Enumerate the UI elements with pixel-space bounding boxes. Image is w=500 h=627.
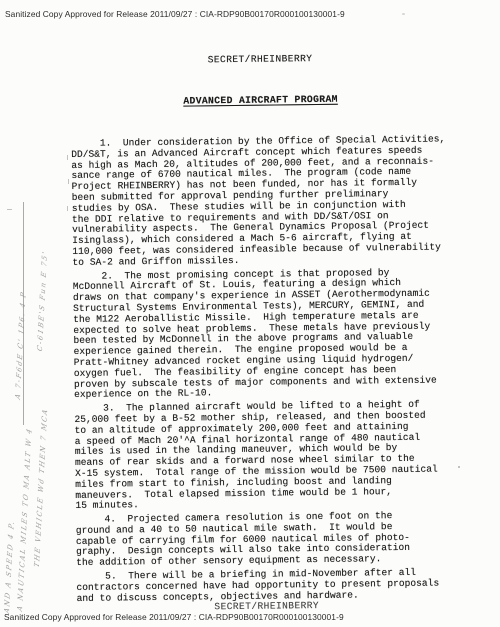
paragraph-1: 1. Under consideration by the Office of …: [71, 134, 453, 268]
classification-header: SECRET/RHEINBERRY: [70, 51, 450, 67]
scan-artifact-dash: [67, 206, 68, 211]
scan-artifact-dash: [7, 209, 12, 210]
scanned-document-page: Sanitized Copy Approved for Release 2011…: [0, 0, 500, 627]
page-title: ADVANCED AIRCRAFT PROGRAM: [71, 92, 451, 108]
handwritten-margin-note: C-61BE'S Fun E 75': [36, 249, 49, 352]
paragraph-2: 2. The most promising concept is that pr…: [73, 267, 455, 401]
scan-artifact-dash: [68, 179, 69, 184]
typed-document-body: SECRET/RHEINBERRY ADVANCED AIRCRAFT PROG…: [70, 51, 457, 616]
handwritten-margin-note: A NAUTICAL MILES TO MA ALT W 4: [16, 426, 34, 612]
handwritten-margin-note: A 7-F6dE C' 1P6. 4 P: [14, 290, 28, 400]
handwritten-margin-note: AND A SPEED 4 P.: [3, 519, 16, 615]
scan-artifact-dash: [67, 155, 68, 160]
scan-artifact-speck: [402, 13, 405, 15]
scan-artifact-speck: [458, 466, 460, 468]
paragraph-3: 3. The planned aircraft would be lifted …: [74, 399, 455, 512]
handwritten-margin-note: THE VEHICLE Wd THEN 7 MCA: [33, 407, 49, 569]
paragraphs-container: 1. Under consideration by the Office of …: [71, 134, 457, 604]
paragraph-4: 4. Projected camera resolution is one fo…: [76, 510, 457, 569]
sanitized-release-banner-top: Sanitized Copy Approved for Release 2011…: [5, 9, 345, 19]
